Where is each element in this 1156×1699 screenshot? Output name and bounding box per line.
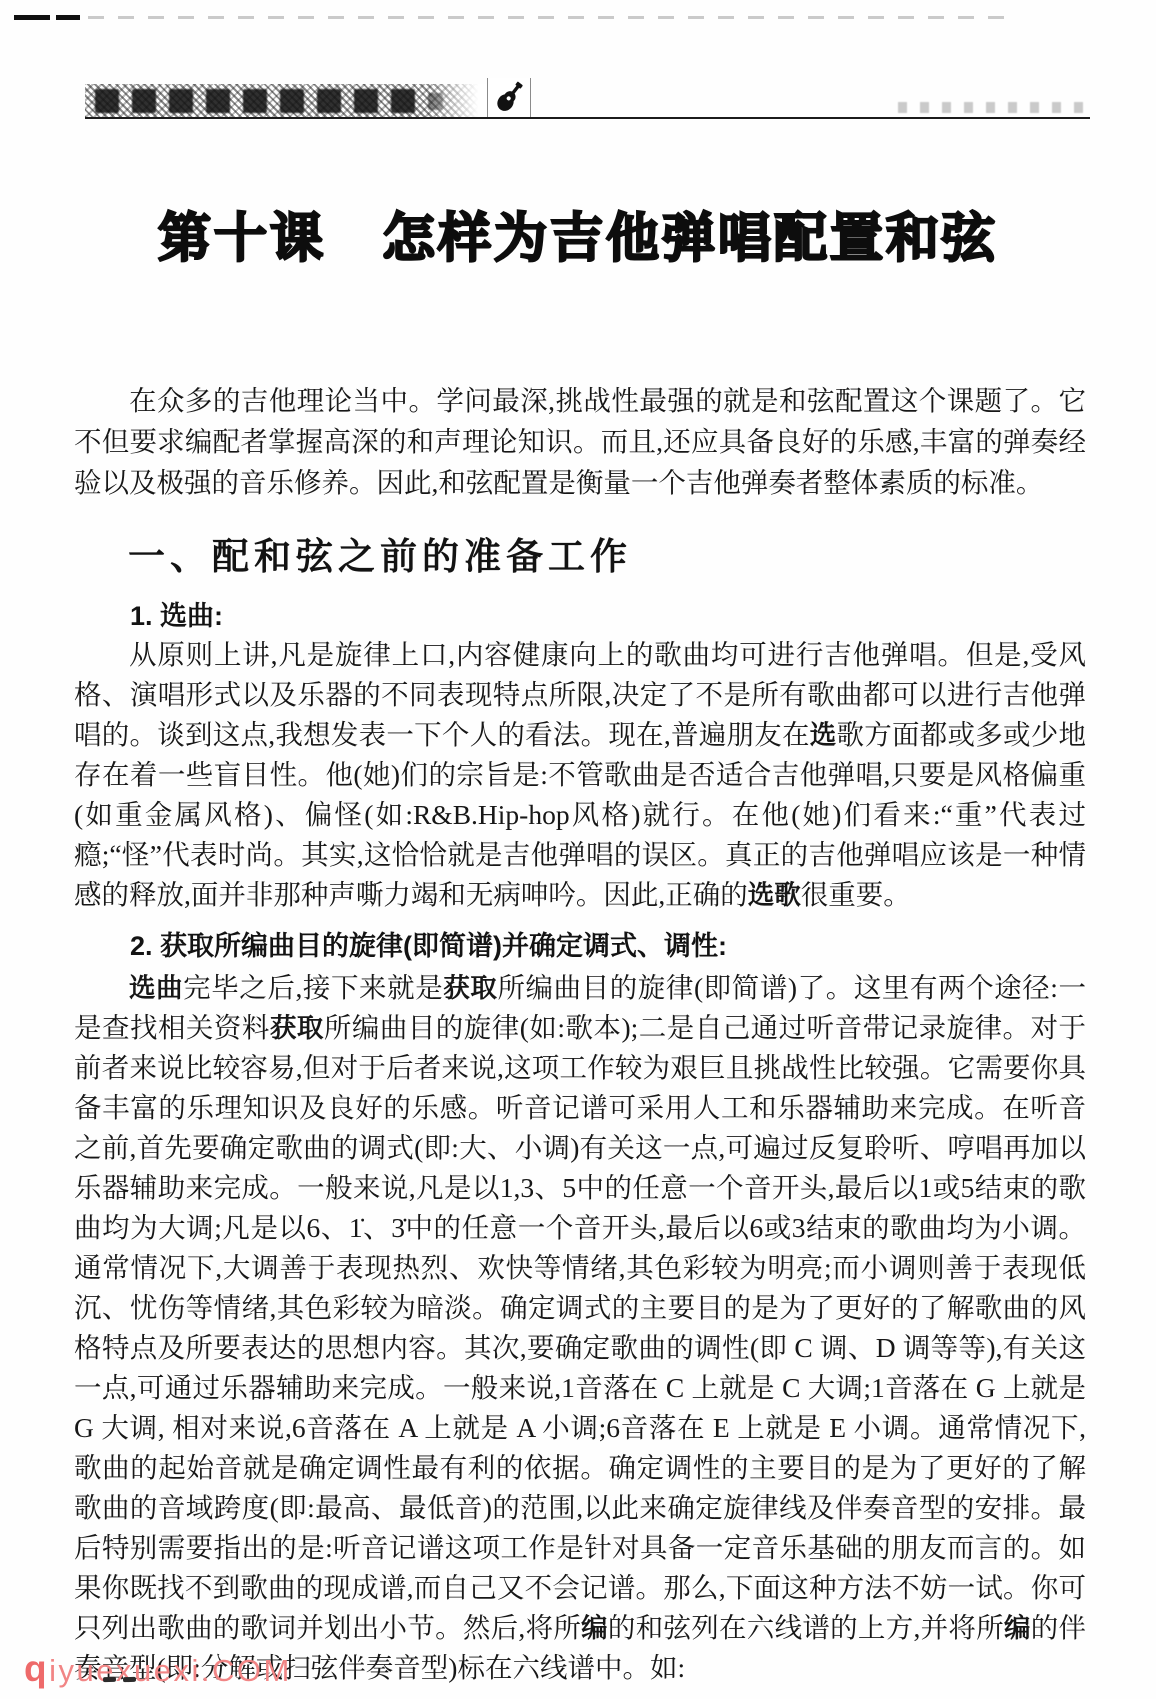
scan-artifact-tick	[14, 15, 80, 20]
scan-artifact-dashes	[88, 16, 1013, 19]
page-number-partial	[103, 1677, 136, 1682]
page-number-fragment	[123, 1677, 136, 1682]
subheading-get-melody: 2. 获取所编曲目的旋律(即简谱)并确定调式、调性:	[130, 924, 727, 963]
watermark-q: q	[24, 1648, 49, 1689]
get-melody-paragraph: 选曲完毕之后,接下来就是获取所编曲目的旋律(即简谱)了。这里有两个途径:一是查找…	[74, 968, 1086, 1688]
banner-glyph	[169, 89, 193, 113]
intro-paragraph: 在众多的吉他理论当中。学问最深,挑战性最强的就是和弦配置这个课题了。它不但要求编…	[74, 380, 1086, 503]
banner-glyph	[354, 89, 378, 113]
page-title: 第十课 怎样为吉他弹唱配置和弦	[0, 196, 1156, 272]
banner-glyph	[243, 89, 267, 113]
site-watermark: qiyuexuexi.COM	[24, 1648, 292, 1690]
subheading-select-song: 1. 选曲:	[130, 594, 223, 633]
header-rule	[85, 117, 1090, 119]
series-banner	[85, 84, 485, 118]
banner-fade	[429, 84, 487, 118]
guitar-icon	[487, 78, 531, 118]
banner-glyph	[391, 89, 415, 113]
banner-glyph	[206, 89, 230, 113]
scan-bleed	[898, 102, 1088, 113]
document-page: 第十课 怎样为吉他弹唱配置和弦 在众多的吉他理论当中。学问最深,挑战性最强的就是…	[0, 0, 1156, 1699]
banner-glyph	[317, 89, 341, 113]
watermark-rest: iyuexuexi.COM	[49, 1653, 292, 1688]
select-song-paragraph: 从原则上讲,凡是旋律上口,内容健康向上的歌曲均可进行吉他弹唱。但是,受风格、演唱…	[74, 635, 1086, 915]
banner-glyph	[132, 89, 156, 113]
banner-glyph	[280, 89, 304, 113]
section-heading-preparation: 一、配和弦之前的准备工作	[128, 526, 632, 580]
banner-glyph	[95, 89, 119, 113]
page-number-fragment	[103, 1677, 116, 1682]
